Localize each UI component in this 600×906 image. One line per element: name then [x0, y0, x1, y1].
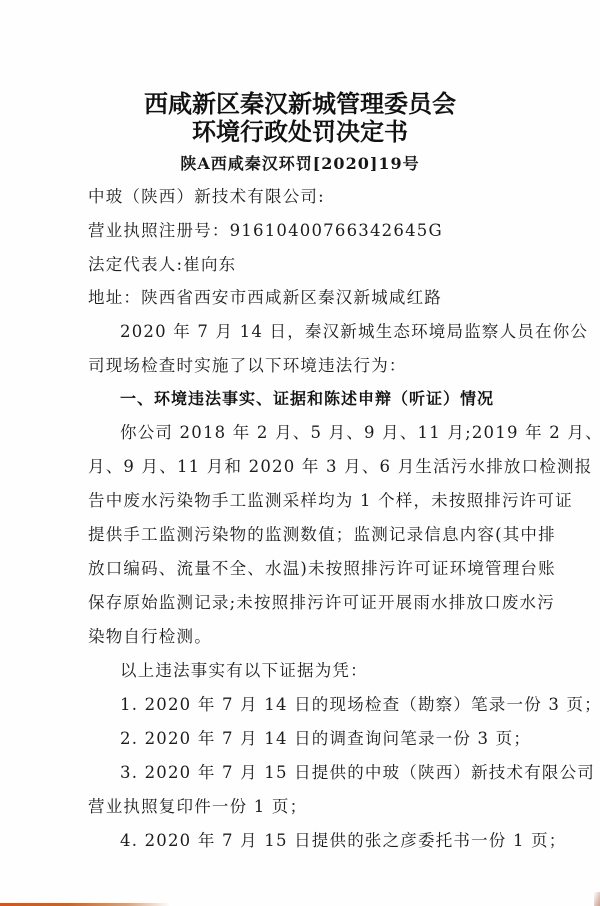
business-license-number: 营业执照注册号：91610400766342645G [88, 220, 518, 242]
body-line: 保存原始监测记录;未按照排污许可证开展雨水排放口废水污 [88, 592, 518, 614]
body-line: 放口编码、流量不全、水温)未按照排污许可证环境管理台账 [88, 558, 518, 580]
body-line: 2020 年 7 月 14 日，秦汉新城生态环境局监察人员在你公 [120, 321, 550, 343]
evidence-item-continued: 营业执照复印件一份 1 页； [88, 796, 518, 818]
evidence-item: 2. 2020 年 7 月 14 日的调查询问笔录一份 3 页； [120, 728, 550, 750]
evidence-intro: 以上违法事实有以下证据为凭： [120, 660, 550, 682]
evidence-item: 3. 2020 年 7 月 15 日提供的中玻（陕西）新技术有限公司 [120, 762, 550, 784]
body-line: 提供手工监测污染物的监测数值；监测记录信息内容(其中排 [88, 524, 518, 546]
scan-artifact-corner [594, 892, 600, 906]
document-title: 环境行政处罚决定书 [0, 112, 600, 147]
body-line: 月、9 月、11 月和 2020 年 3 月、6 月生活污水排放口检测报 [88, 456, 518, 478]
document-number: 陕A西咸秦汉环罚[2020]19号 [0, 151, 600, 174]
legal-representative: 法定代表人:崔向东 [88, 254, 518, 276]
body-line: 告中废水污染物手工监测采样均为 1 个样，未按照排污许可证 [88, 490, 518, 512]
evidence-item: 4. 2020 年 7 月 15 日提供的张之彦委托书一份 1 页； [120, 830, 550, 852]
evidence-item: 1. 2020 年 7 月 14 日的现场检查（勘察）笔录一份 3 页； [120, 694, 550, 716]
section-heading: 一、环境违法事实、证据和陈述申辩（听证）情况 [120, 388, 550, 410]
recipient-address: 地址：陕西省西安市西咸新区秦汉新城咸红路 [88, 287, 518, 309]
body-line: 司现场检查时实施了以下环境违法行为： [88, 355, 518, 377]
recipient-company: 中玻（陕西）新技术有限公司: [88, 186, 518, 208]
body-line: 染物自行检测。 [88, 626, 518, 648]
document-page: 西咸新区秦汉新城管理委员会 环境行政处罚决定书 陕A西咸秦汉环罚[2020]19… [0, 0, 600, 906]
body-line: 你公司 2018 年 2 月、5 月、9 月、11 月;2019 年 2 月、6 [120, 422, 550, 444]
